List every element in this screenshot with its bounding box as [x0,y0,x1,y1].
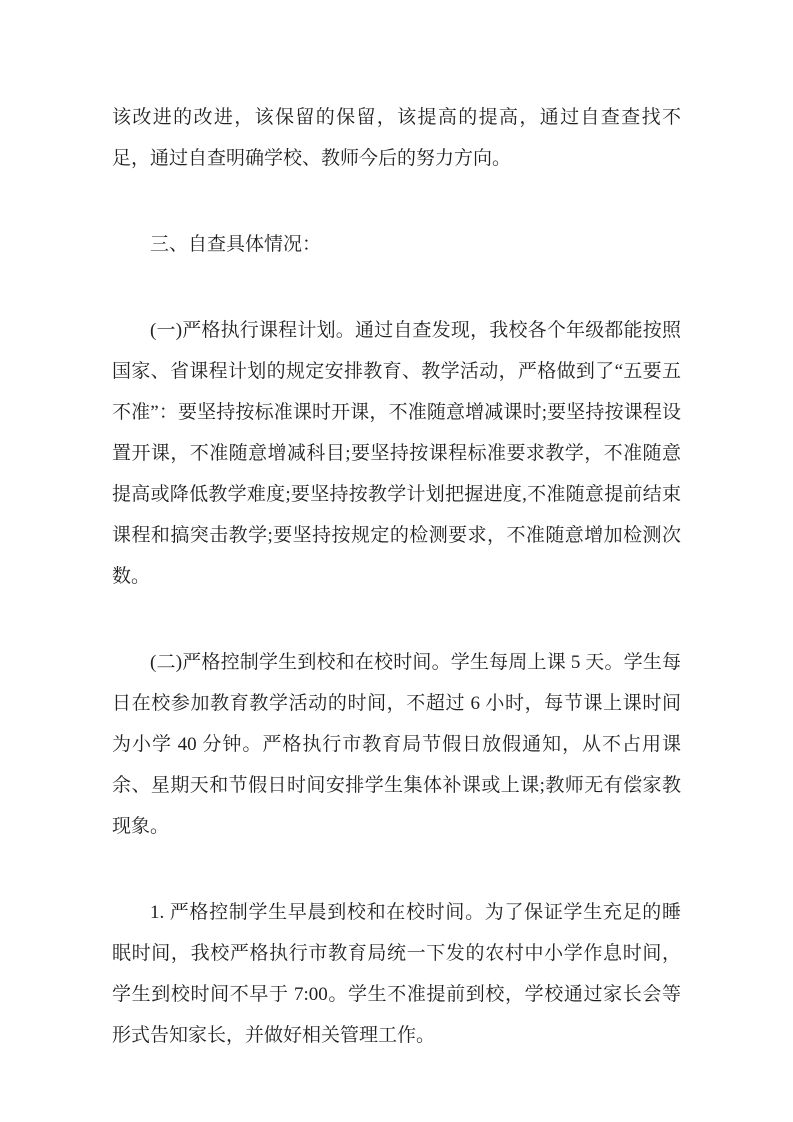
paragraph-sub-item-1: 1. 严格控制学生早晨到校和在校时间。为了保证学生充足的睡眠时间，我校严格执行市… [112,892,681,1056]
screenshot-root: { "page": { "background_color": "#ffffff… [0,0,793,1122]
document-page: 该改进的改进，该保留的保留，该提高的提高，通过自查查找不足，通过自查明确学校、教… [0,0,793,1122]
paragraph-item-two: (二)严格控制学生到校和在校时间。学生每周上课 5 天。学生每日在校参加教育教学… [112,642,681,847]
paragraph-item-one: (一)严格执行课程计划。通过自查发现，我校各个年级都能按照国家、省课程计划的规定… [112,310,681,597]
paragraph-continuation: 该改进的改进，该保留的保留，该提高的提高，通过自查查找不足，通过自查明确学校、教… [112,97,681,179]
section-heading: 三、自查具体情况： [112,224,681,265]
